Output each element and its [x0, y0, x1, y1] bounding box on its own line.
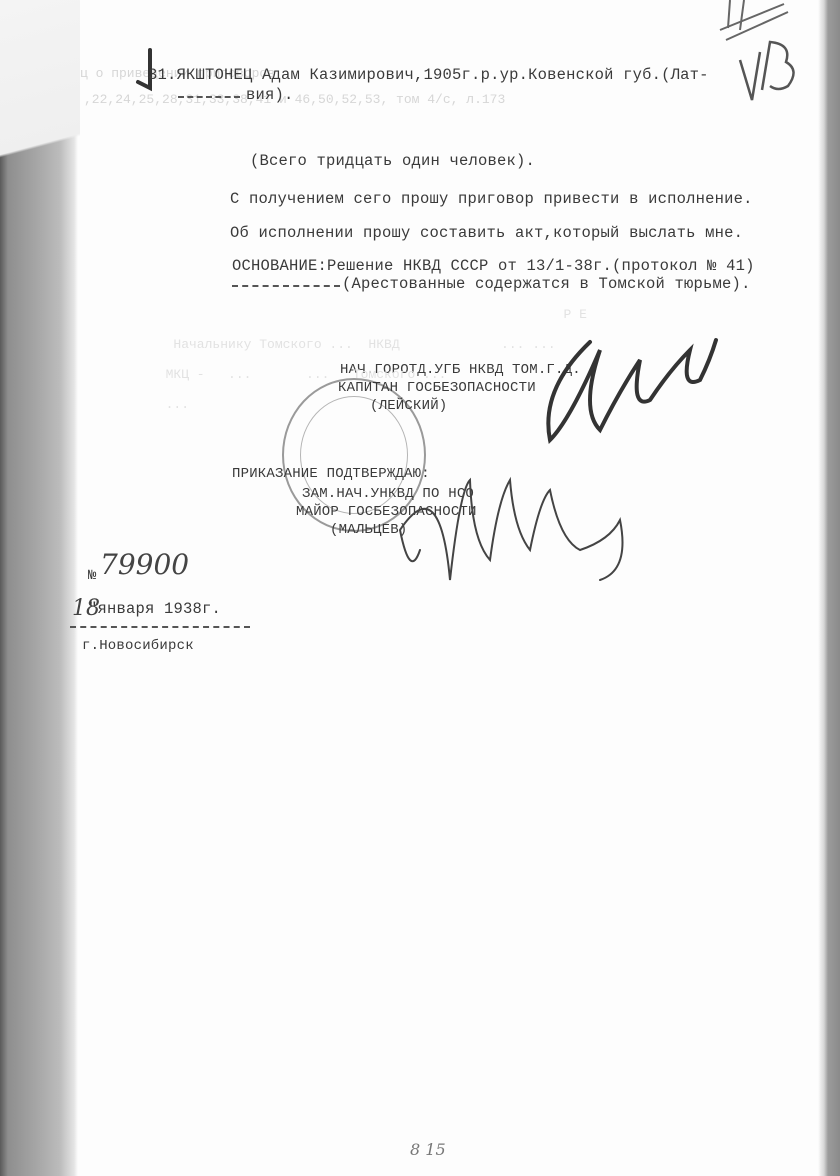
entry-line: 31.ЯКШТОНЕЦ Адам Казимирович,1905г.р.ур.…: [148, 66, 709, 84]
entry-name: ЯКШТОНЕЦ Адам Казимирович,1905г.р.ур.Ков…: [177, 66, 709, 84]
entry-name-continued: вия).: [246, 86, 294, 104]
page-edge-right: [818, 0, 840, 1176]
city: г.Новосибирск: [82, 638, 194, 654]
bleed-through-block: Р Е Начальнику Томского ... НКВД ... ...…: [150, 300, 587, 420]
handwritten-folio-mark: [700, 0, 810, 110]
document-number: 79900: [100, 548, 189, 581]
date-text: "января 1938г.: [88, 600, 221, 618]
underline: [70, 626, 250, 628]
folded-page-edge: [0, 0, 80, 260]
handwritten-signature-2: [380, 440, 650, 590]
basis-line: ОСНОВАНИЕ:Решение НКВД СССР от 13/1-38г.…: [232, 257, 755, 275]
order-text-2: Об исполнении прошу составить акт,которы…: [230, 224, 743, 242]
underline: [232, 285, 340, 287]
bottom-pencil-mark: 8 15: [410, 1140, 446, 1159]
basis-text: Решение НКВД СССР от 13/1-38г.(протокол …: [327, 257, 755, 275]
number-label: №: [88, 568, 97, 584]
detention-note: (Арестованные содержатся в Томской тюрьм…: [342, 275, 751, 293]
total-count: (Всего тридцать один человек).: [250, 152, 535, 170]
basis-label: ОСНОВАНИЕ:: [232, 257, 327, 275]
underline: [178, 96, 240, 98]
order-text-1: С получением сего прошу приговор привест…: [230, 190, 753, 208]
document-number-line: №: [88, 568, 97, 584]
entry-number: 31.: [148, 66, 177, 84]
